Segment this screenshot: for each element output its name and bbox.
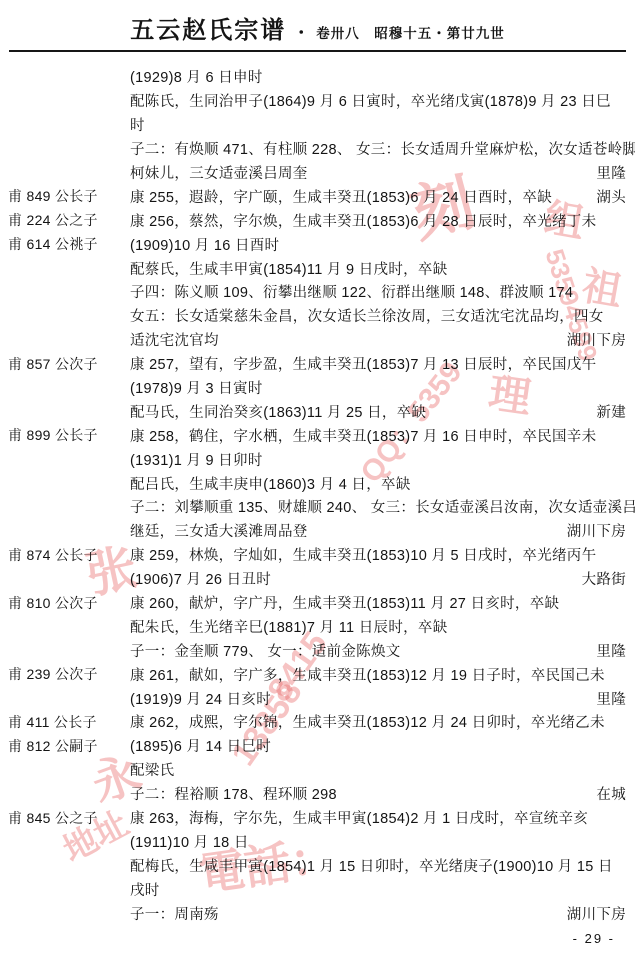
entry-text: 康 257，望有，字步盈，生咸丰癸丑(1853)7 月 13 日辰时，卒民国戊午 xyxy=(130,353,618,374)
entry-text: 康 256，蔡然，字尔焕，生咸丰癸丑(1853)6 月 28 日辰时，卒光绪丁未 xyxy=(130,210,618,231)
genealogy-row: 甫 239 公次子 康 261，献如，字广多，生咸丰癸丑(1853)12 月 1… xyxy=(8,662,626,686)
genealogy-row: 子二：刘攀顺重 135、财雄顺 240、 女三：长女适壶溪吕汝南，次女适壶溪吕 xyxy=(8,495,626,519)
genealogy-row: 配梅氏，生咸丰甲寅(1854)1 月 15 日卯时，卒光绪庚子(1900)10 … xyxy=(8,853,626,877)
genealogy-row: (1929)8 月 6 日申时 xyxy=(8,65,626,89)
genealogy-row: 子一：金奎顺 779、 女一：适前金陈焕文 里隆 xyxy=(8,638,626,662)
lineage-label: 甫 874 公长子 xyxy=(8,545,130,565)
entry-text: (1929)8 月 6 日申时 xyxy=(130,66,618,87)
genealogy-row: 子二：有焕顺 471、有柱顺 228、 女三：长女适周升堂麻炉松，次女适苍岭脚 xyxy=(8,137,626,161)
entry-text: (1978)9 月 3 日寅时 xyxy=(130,377,618,398)
entry-text: 配马氏，生同治癸亥(1863)11 月 25 日，卒缺 xyxy=(130,401,588,422)
genealogy-row: 甫 614 公祧子 (1909)10 月 16 日酉时 xyxy=(8,232,626,256)
entry-text: (1906)7 月 26 日丑时 xyxy=(130,568,574,589)
residence-label: 在城 xyxy=(596,783,626,804)
residence-label: 湖头 xyxy=(596,186,626,207)
entry-text: 康 255，遐龄，字广颐，生咸丰癸丑(1853)6 月 24 日酉时，卒缺 xyxy=(130,186,588,207)
genealogy-row: 配梁氏 xyxy=(8,758,626,782)
genealogy-row: 女五：长女适棠慈朱金昌，次女适长兰徐汝周，三女适沈宅沈品均，四女 xyxy=(8,304,626,328)
genealogy-row: 甫 849 公长子 康 255，遐龄，字广颐，生咸丰癸丑(1853)6 月 24… xyxy=(8,184,626,208)
genealogy-row: (1911)10 月 18 日 xyxy=(8,830,626,854)
genealogy-row: 甫 812 公嗣子 (1895)6 月 14 日巳时 xyxy=(8,734,626,758)
residence-label: 湖川下房 xyxy=(567,329,626,350)
page-header: 五云赵氏宗谱 ・ 卷卅八 昭穆十五・第廿九世 xyxy=(0,0,635,45)
lineage-label: 甫 411 公长子 xyxy=(8,712,130,732)
residence-label: 里隆 xyxy=(596,162,626,183)
entry-text: 子一：周南殇 xyxy=(130,903,559,924)
genealogy-row: 甫 411 公长子 康 262，成熙，字尔锦，生咸丰癸丑(1853)12 月 2… xyxy=(8,710,626,734)
genealogy-row: 配陈氏，生同治甲子(1864)9 月 6 日寅时，卒光绪戊寅(1878)9 月 … xyxy=(8,89,626,113)
genealogy-row: 甫 224 公之子 康 256，蔡然，字尔焕，生咸丰癸丑(1853)6 月 28… xyxy=(8,208,626,232)
entry-text: 配陈氏，生同治甲子(1864)9 月 6 日寅时，卒光绪戊寅(1878)9 月 … xyxy=(130,90,618,111)
genealogy-row: 子二：程裕顺 178、程环顺 298 在城 xyxy=(8,782,626,806)
lineage-label: 甫 857 公次子 xyxy=(8,354,130,374)
residence-label: 里隆 xyxy=(596,688,626,709)
entry-text: 柯妹儿，三女适壶溪吕周奎 xyxy=(130,162,588,183)
lineage-label: 甫 849 公长子 xyxy=(8,186,130,206)
title-separator: ・ xyxy=(293,20,309,43)
genealogy-row: 子一：周南殇 湖川下房 xyxy=(8,901,626,925)
genealogy-row: (1906)7 月 26 日丑时 大路街 xyxy=(8,567,626,591)
entry-text: 子二：程裕顺 178、程环顺 298 xyxy=(130,783,588,804)
genealogy-row: 配马氏，生同治癸亥(1863)11 月 25 日，卒缺 新建 xyxy=(8,399,626,423)
entry-text: (1909)10 月 16 日酉时 xyxy=(130,234,618,255)
entry-text: (1919)9 月 24 日亥时 xyxy=(130,688,588,709)
lineage-label: 甫 614 公祧子 xyxy=(8,234,130,254)
entries-list: (1929)8 月 6 日申时 配陈氏，生同治甲子(1864)9 月 6 日寅时… xyxy=(0,52,635,925)
entry-text: 子一：金奎顺 779、 女一：适前金陈焕文 xyxy=(130,640,588,661)
entry-text: 康 262，成熙，字尔锦，生咸丰癸丑(1853)12 月 24 日卯时，卒光绪乙… xyxy=(130,711,618,732)
lineage-label: 甫 224 公之子 xyxy=(8,210,130,230)
entry-text: 配吕氏，生咸丰庚申(1860)3 月 4 日，卒缺 xyxy=(130,473,618,494)
genealogy-row: 子四：陈义顺 109、衍攀出继顺 122、衍群出继顺 148、群波顺 174 xyxy=(8,280,626,304)
genealogy-row: 甫 857 公次子 康 257，望有，字步盈，生咸丰癸丑(1853)7 月 13… xyxy=(8,352,626,376)
entry-text: 康 261，献如，字广多，生咸丰癸丑(1853)12 月 19 日子时，卒民国己… xyxy=(130,664,618,685)
genealogy-row: 适沈宅沈官均 湖川下房 xyxy=(8,328,626,352)
entry-text: 配梁氏 xyxy=(130,759,618,780)
genealogy-row: 继廷，三女适大溪滩周品登 湖川下房 xyxy=(8,519,626,543)
lineage-label: 甫 812 公嗣子 xyxy=(8,736,130,756)
genealogy-row: 戌时 xyxy=(8,877,626,901)
genealogy-row: 甫 845 公之子 康 263，海梅，字尔先，生咸丰甲寅(1854)2 月 1 … xyxy=(8,806,626,830)
entry-text: (1895)6 月 14 日巳时 xyxy=(130,735,618,756)
entry-text: 子二：刘攀顺重 135、财雄顺 240、 女三：长女适壶溪吕汝南，次女适壶溪吕 xyxy=(130,496,635,517)
lineage-label: 甫 810 公次子 xyxy=(8,593,130,613)
entry-text: 子二：有焕顺 471、有柱顺 228、 女三：长女适周升堂麻炉松，次女适苍岭脚 xyxy=(130,138,635,159)
genealogy-row: 甫 810 公次子 康 260，献炉，字广丹，生咸丰癸丑(1853)11 月 2… xyxy=(8,591,626,615)
entry-text: 康 258，鹤住，字水栖，生咸丰癸丑(1853)7 月 16 日申时，卒民国辛未 xyxy=(130,425,618,446)
entry-text: 配朱氏，生光绪辛巳(1881)7 月 11 日辰时，卒缺 xyxy=(130,616,618,637)
residence-label: 新建 xyxy=(596,401,626,422)
page-number: - 29 - xyxy=(573,931,615,946)
entry-text: 康 259，林焕，字灿如，生咸丰癸丑(1853)10 月 5 日戌时，卒光绪丙午 xyxy=(130,544,618,565)
genealogy-row: (1919)9 月 24 日亥时 里隆 xyxy=(8,686,626,710)
entry-text: 子四：陈义顺 109、衍攀出继顺 122、衍群出继顺 148、群波顺 174 xyxy=(130,281,618,302)
entry-text: 康 263，海梅，字尔先，生咸丰甲寅(1854)2 月 1 日戌时，卒宣统辛亥 xyxy=(130,807,618,828)
entry-text: 配蔡氏，生咸丰甲寅(1854)11 月 9 日戌时，卒缺 xyxy=(130,258,618,279)
genealogy-row: (1978)9 月 3 日寅时 xyxy=(8,376,626,400)
entry-text: 康 260，献炉，字广丹，生咸丰癸丑(1853)11 月 27 日亥时，卒缺 xyxy=(130,592,618,613)
genealogy-row: 柯妹儿，三女适壶溪吕周奎 里隆 xyxy=(8,161,626,185)
entry-text: 继廷，三女适大溪滩周品登 xyxy=(130,520,559,541)
lineage-label: 甫 899 公长子 xyxy=(8,425,130,445)
entry-text: (1931)1 月 9 日卯时 xyxy=(130,449,618,470)
residence-label: 湖川下房 xyxy=(567,520,626,541)
residence-label: 湖川下房 xyxy=(567,903,626,924)
entry-text: (1911)10 月 18 日 xyxy=(130,831,618,852)
residence-label: 里隆 xyxy=(596,640,626,661)
lineage-label: 甫 239 公次子 xyxy=(8,664,130,684)
genealogy-row: 配吕氏，生咸丰庚申(1860)3 月 4 日，卒缺 xyxy=(8,471,626,495)
genealogy-row: 甫 874 公长子 康 259，林焕，字灿如，生咸丰癸丑(1853)10 月 5… xyxy=(8,543,626,567)
residence-label: 大路街 xyxy=(582,568,626,589)
entry-text: 时 xyxy=(130,114,618,135)
genealogy-row: 时 xyxy=(8,113,626,137)
genealogy-page: 刻组祖53594599理QQ：5359张841513858永地址電話： 五云赵氏… xyxy=(0,0,635,968)
genealogy-row: (1931)1 月 9 日卯时 xyxy=(8,447,626,471)
book-title: 五云赵氏宗谱 xyxy=(130,10,286,45)
entry-text: 适沈宅沈官均 xyxy=(130,329,559,350)
genealogy-row: 配蔡氏，生咸丰甲寅(1854)11 月 9 日戌时，卒缺 xyxy=(8,256,626,280)
lineage-label: 甫 845 公之子 xyxy=(8,808,130,828)
genealogy-row: 甫 899 公长子 康 258，鹤住，字水栖，生咸丰癸丑(1853)7 月 16… xyxy=(8,423,626,447)
entry-text: 戌时 xyxy=(130,879,618,900)
genealogy-row: 配朱氏，生光绪辛巳(1881)7 月 11 日辰时，卒缺 xyxy=(8,614,626,638)
entry-text: 女五：长女适棠慈朱金昌，次女适长兰徐汝周，三女适沈宅沈品均，四女 xyxy=(130,305,618,326)
entry-text: 配梅氏，生咸丰甲寅(1854)1 月 15 日卯时，卒光绪庚子(1900)10 … xyxy=(130,855,618,876)
volume-subtitle: 卷卅八 昭穆十五・第廿九世 xyxy=(316,22,505,42)
